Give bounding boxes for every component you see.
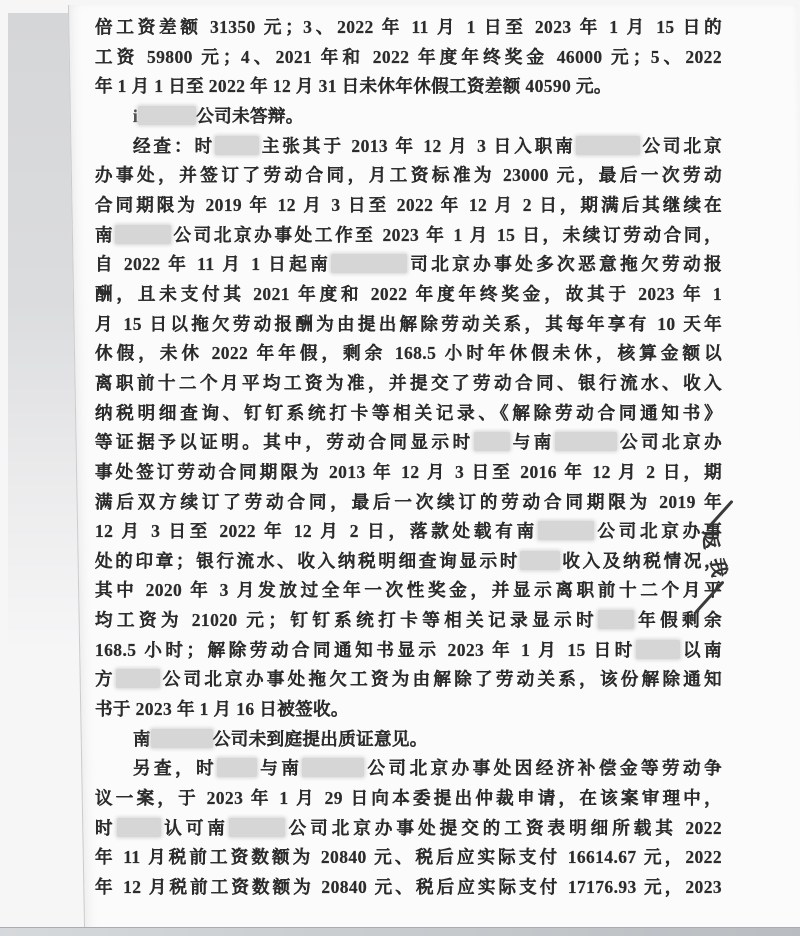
document-line: 南公司未到庭提出质证意见。 bbox=[95, 725, 722, 755]
redaction-box bbox=[217, 758, 257, 777]
redaction-box bbox=[138, 106, 196, 125]
redaction-box bbox=[229, 818, 285, 837]
redaction-box bbox=[115, 225, 171, 244]
document-line: 12 月 3 日至 2022 年 12 月 2 日，落款处载有南公司北京办事 bbox=[95, 517, 722, 547]
margin-annotation-stroke bbox=[707, 500, 733, 528]
document-line: 工资 59800 元；4、2021 年和 2022 年度年终奖金 46000 元… bbox=[95, 43, 722, 73]
document-line: 其中 2020 年 3 月发放过全年一次性奖金，并显示离职前十二个月平 bbox=[95, 576, 722, 606]
document-line: 168.5 小时；解除劳动合同通知书显示 2023 年 1 月 15 日时以南 bbox=[95, 636, 722, 666]
document-line: i公司未答辩。 bbox=[95, 102, 722, 132]
redaction-box bbox=[520, 551, 560, 570]
redaction-box bbox=[331, 254, 407, 273]
document-line: 自 2022 年 11 月 1 日起南司北京办事处多次恶意拖欠劳动报 bbox=[95, 250, 722, 280]
document-line: 年 12 月税前工资数额为 20840 元、税后应实际支付 17176.93 元… bbox=[95, 873, 722, 903]
document-line: 休假，未休 2022 年年假，剩余 168.5 小时年休假未休，核算金额以 bbox=[95, 339, 722, 369]
document-line: 等证据予以证明。其中，劳动合同显示时与南公司北京办 bbox=[95, 428, 722, 458]
document-line: 月 15 日以拖欠劳动报酬为由提出解除劳动关系，其每年享有 10 天年 bbox=[95, 310, 722, 340]
document-line: 方公司北京办事处拖欠工资为由解除了劳动关系，该份解除通知 bbox=[95, 665, 722, 695]
document-line: 另查，时与南公司北京办事处因经济补偿金等劳动争 bbox=[95, 754, 722, 784]
redaction-box bbox=[151, 729, 213, 748]
redaction-box bbox=[474, 432, 510, 451]
margin-annotation-glyph: 我 bbox=[705, 557, 734, 579]
redaction-box bbox=[215, 136, 259, 155]
document-line: 处的印章；银行流水、收入纳税明细查询显示时收入及纳税情况， bbox=[95, 547, 722, 577]
document-line: 满后双方续订了劳动合同，最后一次续订的劳动合同期限为 2019 年 bbox=[95, 488, 722, 518]
redaction-box bbox=[302, 758, 364, 777]
document-line: 议一案，于 2023 年 1 月 29 日向本委提出仲裁申请，在该案审理中， bbox=[95, 784, 722, 814]
redaction-box bbox=[538, 521, 594, 540]
document-line: 离职前十二个月平均工资为准，并提交了劳动合同、银行流水、收入 bbox=[95, 369, 722, 399]
scanned-document-viewer: 倍工资差额 31350 元；3、2022 年 11 月 1 日至 2023 年 … bbox=[0, 0, 800, 936]
document-line: 事处签订劳动合同期限为 2013 年 12 月 3 日至 2016 年 12 月… bbox=[95, 458, 722, 488]
redaction-box bbox=[555, 432, 617, 451]
margin-annotation: 返 我 bbox=[690, 488, 750, 618]
margin-annotation-stroke bbox=[694, 581, 724, 614]
document-line: 年 11 月税前工资数额为 20840 元、税后应实际支付 16614.67 元… bbox=[95, 843, 722, 873]
redaction-box bbox=[576, 136, 640, 155]
redaction-box bbox=[636, 640, 680, 659]
document-line: 合同期限为 2019 年 12 月 3 日至 2022 年 12 月 2 日，期… bbox=[95, 191, 722, 221]
redaction-box bbox=[117, 818, 161, 837]
scan-bottom-edge bbox=[0, 927, 800, 936]
document-line: 纳税明细查询、钉钉系统打卡等相关记录、《解除劳动合同通知书》 bbox=[95, 399, 722, 429]
redaction-box bbox=[598, 610, 634, 629]
document-line: 时认可南公司北京办事处提交的工资表明细所载其 2022 bbox=[95, 814, 722, 844]
redaction-box bbox=[116, 669, 160, 688]
document-line: 经查：时主张其于 2013 年 12 月 3 日入职南公司北京 bbox=[95, 132, 722, 162]
document-line: 办事处，并签订了劳动合同，月工资标准为 23000 元，最后一次劳动 bbox=[95, 161, 722, 191]
document-line: 年 1 月 1 日至 2022 年 12 月 31 日未休年休假工资差额 405… bbox=[95, 72, 722, 102]
document-line: 酬，且未支付其 2021 年度和 2022 年度年终奖金，故其于 2023 年 … bbox=[95, 280, 722, 310]
document-line: 均工资为 21020 元；钉钉系统打卡等相关记录显示时年假剩余 bbox=[95, 606, 722, 636]
document-line: 书于 2023 年 1 月 16 日被签收。 bbox=[95, 695, 722, 725]
margin-annotation-glyph: 返 bbox=[697, 529, 726, 551]
document-line: 倍工资差额 31350 元；3、2022 年 11 月 1 日至 2023 年 … bbox=[95, 13, 722, 43]
document-text: 倍工资差额 31350 元；3、2022 年 11 月 1 日至 2023 年 … bbox=[95, 13, 722, 903]
document-line: 南公司北京办事处工作至 2023 年 1 月 15 日，未续订劳动合同， bbox=[95, 221, 722, 251]
